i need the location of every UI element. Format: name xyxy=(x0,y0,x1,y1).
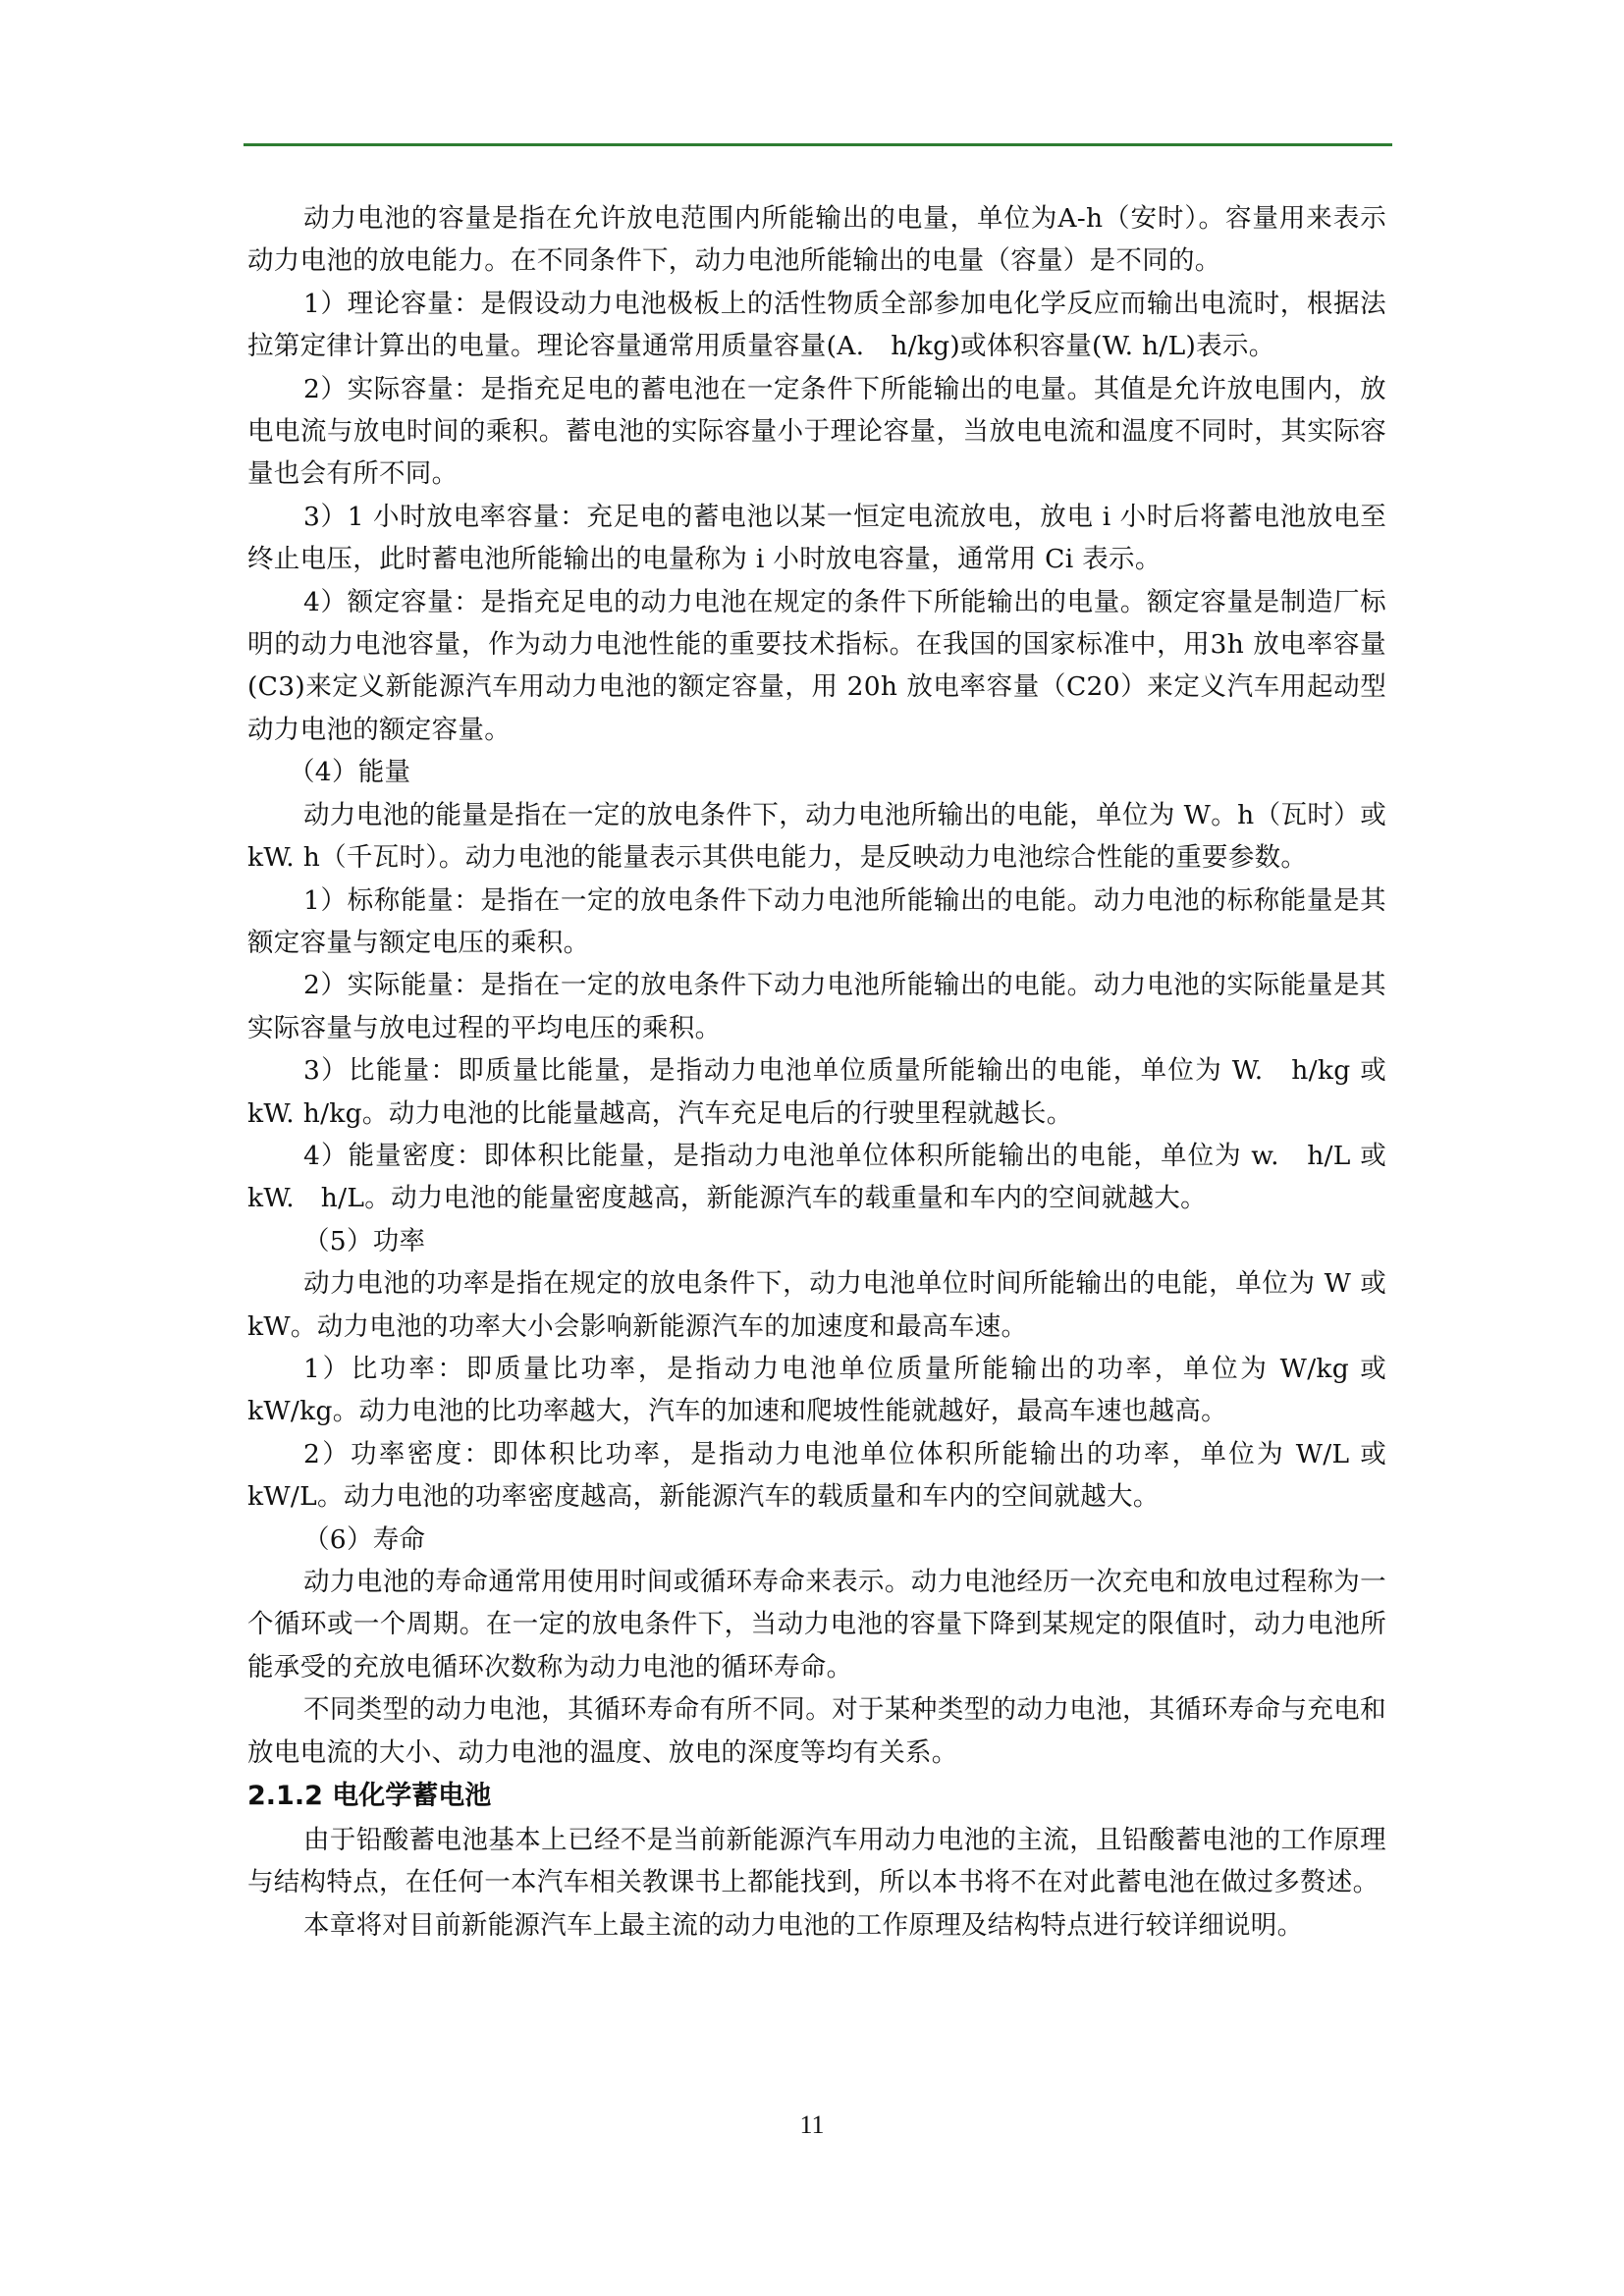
paragraph: 动力电池的能量是指在一定的放电条件下，动力电池所输出的电能，单位为 W。h（瓦时… xyxy=(247,794,1386,880)
paragraph: 1）标称能量：是指在一定的放电条件下动力电池所能输出的电能。动力电池的标称能量是… xyxy=(247,880,1386,965)
paragraph: 动力电池的寿命通常用使用时间或循环寿命来表示。动力电池经历一次充电和放电过程称为… xyxy=(247,1561,1386,1688)
page-body: 动力电池的容量是指在允许放电范围内所能输出的电量，单位为A-h（安时）。容量用来… xyxy=(247,197,1386,1947)
subheading: （4）能量 xyxy=(247,751,1386,793)
paragraph: 4）额定容量：是指充足电的动力电池在规定的条件下所能输出的电量。额定容量是制造厂… xyxy=(247,581,1386,752)
paragraph: 不同类型的动力电池，其循环寿命有所不同。对于某种类型的动力电池，其循环寿命与充电… xyxy=(247,1688,1386,1774)
paragraph: 3）1 小时放电率容量：充足电的蓄电池以某一恒定电流放电，放电 i 小时后将蓄电… xyxy=(247,496,1386,581)
paragraph: 2）实际容量：是指充足电的蓄电池在一定条件下所能输出的电量。其值是允许放电围内，… xyxy=(247,368,1386,496)
page-number: 11 xyxy=(0,2110,1624,2140)
paragraph: 动力电池的功率是指在规定的放电条件下，动力电池单位时间所能输出的电能，单位为 W… xyxy=(247,1262,1386,1348)
paragraph: 2）实际能量：是指在一定的放电条件下动力电池所能输出的电能。动力电池的实际能量是… xyxy=(247,964,1386,1049)
paragraph: 4）能量密度：即体积比能量，是指动力电池单位体积所能输出的电能，单位为 w. h… xyxy=(247,1135,1386,1220)
section-heading: 2.1.2 电化学蓄电池 xyxy=(247,1774,1386,1819)
header-rule xyxy=(244,143,1392,146)
subheading: （5）功率 xyxy=(247,1220,1386,1262)
paragraph: 3）比能量：即质量比能量，是指动力电池单位质量所能输出的电能，单位为 W. h/… xyxy=(247,1049,1386,1135)
paragraph: 1）理论容量：是假设动力电池极板上的活性物质全部参加电化学反应而输出电流时，根据… xyxy=(247,283,1386,368)
paragraph: 本章将对目前新能源汽车上最主流的动力电池的工作原理及结构特点进行较详细说明。 xyxy=(247,1904,1386,1947)
paragraph: 动力电池的容量是指在允许放电范围内所能输出的电量，单位为A-h（安时）。容量用来… xyxy=(247,197,1386,283)
paragraph: 由于铅酸蓄电池基本上已经不是当前新能源汽车用动力电池的主流，且铅酸蓄电池的工作原… xyxy=(247,1819,1386,1904)
paragraph: 1）比功率：即质量比功率，是指动力电池单位质量所能输出的功率，单位为 W/kg … xyxy=(247,1348,1386,1433)
subheading: （6）寿命 xyxy=(247,1519,1386,1561)
paragraph: 2）功率密度：即体积比功率，是指动力电池单位体积所能输出的功率，单位为 W/L … xyxy=(247,1433,1386,1519)
